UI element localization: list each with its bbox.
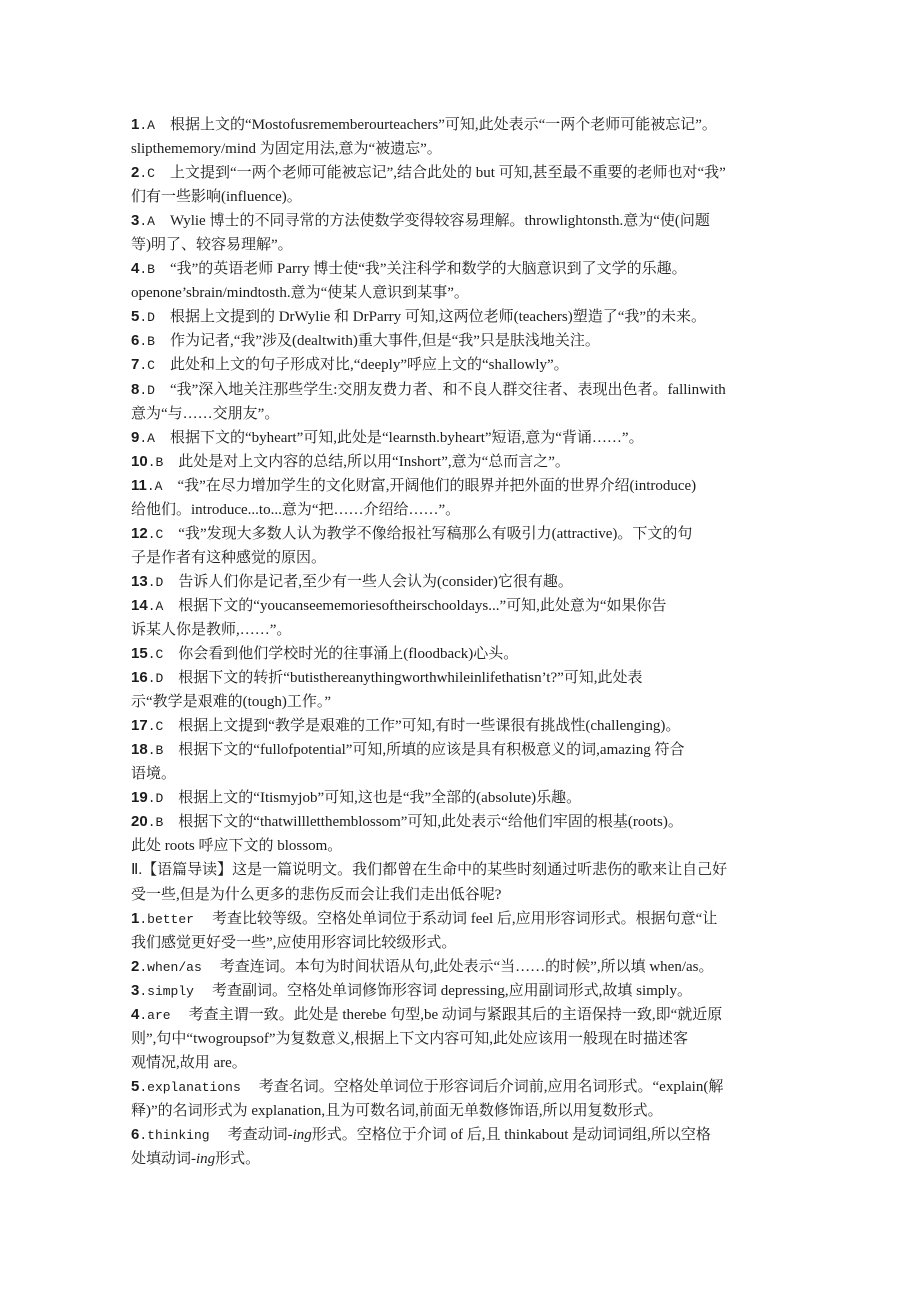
answer-item-14: 14.A根据下文的“youcanseememoriesoftheirschool…: [131, 594, 831, 642]
answer-item-8: 8.D“我”深入地关注那些学生:交朋友费力者、和不良人群交往者、表现出色者。fa…: [131, 378, 831, 426]
answer-item-18: 18.B根据下文的“fullofpotential”可知,所填的应该是具有积极意…: [131, 738, 831, 786]
item-explanation: 根据上文的“Itismyjob”可知,这也是“我”全部的(absolute)乐趣…: [178, 790, 581, 806]
item-first-line: 14.A根据下文的“youcanseememoriesoftheirschool…: [131, 594, 831, 618]
item-first-line: 12.C“我”发现大多数人认为教学不像给报社写稿那么有吸引力(attractiv…: [131, 522, 831, 546]
item-explanation-line: 示“教学是艰难的(tough)工作。”: [131, 690, 831, 714]
item-explanation-line: 子是作者有这种感觉的原因。: [131, 546, 831, 570]
item-explanation: 根据上文提到“教学是艰难的工作”可知,有时一些课很有挑战性(challengin…: [178, 718, 680, 734]
item-explanation: 考查主谓一致。此处是 therebe 句型,be 动词与紧跟其后的主语保持一致,…: [189, 1007, 723, 1023]
item-answer: .thinking: [139, 1128, 209, 1143]
text-segment: 考查动词-: [228, 1127, 293, 1143]
item-answer: .D: [139, 383, 155, 398]
answer-item-7: 7.C此处和上文的句子形成对比,“deeply”呼应上文的“shallowly”…: [131, 353, 831, 377]
item-number: 12: [131, 525, 148, 542]
item-answer: .C: [148, 719, 164, 734]
item-explanation-line: 我们感觉更好受一些”,应使用形容词比较级形式。: [131, 931, 831, 955]
answer-item-ii-5: 5.explanations考查名词。空格处单词位于形容词后介词前,应用名词形式…: [131, 1075, 831, 1123]
item-first-line: 15.C你会看到他们学校时光的往事涌上(floodback)心头。: [131, 642, 831, 666]
item-number: 15: [131, 645, 148, 662]
item-answer: .C: [148, 527, 164, 542]
item-explanation-line: openone’sbrain/mindtosth.意为“使某人意识到某事”。: [131, 281, 831, 305]
item-explanation-line: 处填动词-ing形式。: [131, 1147, 831, 1171]
item-explanation-line: 释)”的名词形式为 explanation,且为可数名词,前面无单数修饰语,所以…: [131, 1099, 831, 1123]
item-first-line: 20.B根据下文的“thatwillletthemblossom”可知,此处表示…: [131, 810, 831, 834]
item-answer: .simply: [139, 984, 194, 999]
intro-text: 这是一篇说明文。我们都曾在生命中的某些时刻通过听悲伤的歌来让自己好: [232, 862, 727, 878]
item-answer: .C: [139, 166, 155, 181]
item-explanation: 此处是对上文内容的总结,所以用“Inshort”,意为“总而言之”。: [178, 454, 570, 470]
answer-item-20: 20.B根据下文的“thatwillletthemblossom”可知,此处表示…: [131, 810, 831, 858]
item-first-line: 5.D根据上文提到的 DrWylie 和 DrParry 可知,这两位老师(te…: [131, 305, 831, 329]
item-first-line: 6.thinking考查动词-ing形式。空格位于介词 of 后,且 think…: [131, 1123, 831, 1147]
item-explanation-line: 们有一些影响(influence)。: [131, 185, 831, 209]
answer-item-ii-6: 6.thinking考查动词-ing形式。空格位于介词 of 后,且 think…: [131, 1123, 831, 1171]
item-first-line: 1.A根据上文的“Mostofusrememberourteachers”可知,…: [131, 113, 831, 137]
item-first-line: 4.B“我”的英语老师 Parry 博士使“我”关注科学和数学的大脑意识到了文学…: [131, 257, 831, 281]
item-answer: .D: [148, 671, 164, 686]
item-explanation-line: 给他们。introduce...to...意为“把……介绍给……”。: [131, 498, 831, 522]
item-answer: .are: [139, 1008, 170, 1023]
item-explanation: “我”深入地关注那些学生:交朋友费力者、和不良人群交往者、表现出色者。falli…: [170, 382, 726, 398]
item-first-line: 9.A根据下文的“byheart”可知,此处是“learnsth.byheart…: [131, 426, 831, 450]
item-explanation: “我”发现大多数人认为教学不像给报社写稿那么有吸引力(attractive)。下…: [178, 526, 692, 542]
text-segment: 形式。空格位于介词 of 后,且 thinkabout 是动词词组,所以空格: [312, 1127, 711, 1143]
item-explanation: 根据上文提到的 DrWylie 和 DrParry 可知,这两位老师(teach…: [170, 309, 706, 325]
item-answer: .B: [139, 262, 155, 277]
item-explanation-line: 诉某人你是教师,……”。: [131, 618, 831, 642]
answer-item-17: 17.C根据上文提到“教学是艰难的工作”可知,有时一些课很有挑战性(challe…: [131, 714, 831, 738]
item-explanation: 作为记者,“我”涉及(dealtwith)重大事件,但是“我”只是肤浅地关注。: [170, 333, 600, 349]
italic-suffix: ing: [196, 1151, 215, 1167]
intro-line: 受一些,但是为什么更多的悲伤反而会让我们走出低谷呢?: [131, 883, 831, 907]
item-first-line: 6.B作为记者,“我”涉及(dealtwith)重大事件,但是“我”只是肤浅地关…: [131, 329, 831, 353]
item-explanation: “我”在尽力增加学生的文化财富,开阔他们的眼界并把外面的世界介绍(introdu…: [177, 478, 696, 494]
answer-item-6: 6.B作为记者,“我”涉及(dealtwith)重大事件,但是“我”只是肤浅地关…: [131, 329, 831, 353]
item-explanation-line: 此处 roots 呼应下文的 blossom。: [131, 834, 831, 858]
item-first-line: 11.A“我”在尽力增加学生的文化财富,开阔他们的眼界并把外面的世界介绍(int…: [131, 474, 831, 498]
item-explanation: 考查名词。空格处单词位于形容词后介词前,应用名词形式。“explain(解: [259, 1079, 724, 1095]
item-number: 13: [131, 573, 148, 590]
item-explanation-line: slipthememory/mind 为固定用法,意为“被遗忘”。: [131, 137, 831, 161]
section-numeral: Ⅱ.: [131, 862, 142, 878]
item-explanation: 告诉人们你是记者,至少有一些人会认为(consider)它很有趣。: [178, 574, 573, 590]
section-1-answers: 1.A根据上文的“Mostofusrememberourteachers”可知,…: [131, 113, 831, 858]
item-answer: .A: [139, 214, 155, 229]
item-explanation: 根据下文的转折“butisthereanythingworthwhileinli…: [178, 670, 642, 686]
section-2: Ⅱ.【语篇导读】这是一篇说明文。我们都曾在生命中的某些时刻通过听悲伤的歌来让自己…: [131, 858, 831, 1171]
item-number: 17: [131, 717, 148, 734]
intro-first-line: Ⅱ.【语篇导读】这是一篇说明文。我们都曾在生命中的某些时刻通过听悲伤的歌来让自己…: [131, 858, 831, 882]
item-answer: .C: [139, 358, 155, 373]
answer-item-5: 5.D根据上文提到的 DrWylie 和 DrParry 可知,这两位老师(te…: [131, 305, 831, 329]
item-answer: .B: [148, 743, 164, 758]
text-segment: 处填动词-: [131, 1151, 196, 1167]
item-first-line: 1.better考查比较等级。空格处单词位于系动词 feel 后,应用形容词形式…: [131, 907, 831, 931]
answer-item-3: 3.AWylie 博士的不同寻常的方法使数学变得较容易理解。throwlight…: [131, 209, 831, 257]
passage-intro: Ⅱ.【语篇导读】这是一篇说明文。我们都曾在生命中的某些时刻通过听悲伤的歌来让自己…: [131, 858, 831, 906]
item-answer: .D: [139, 310, 155, 325]
item-explanation: 根据下文的“byheart”可知,此处是“learnsth.byheart”短语…: [170, 430, 644, 446]
item-answer: .A: [147, 479, 163, 494]
item-answer: .better: [139, 912, 194, 927]
item-explanation-line: 等)明了、较容易理解”。: [131, 233, 831, 257]
item-number: 20: [131, 813, 148, 830]
item-answer: .A: [139, 431, 155, 446]
item-first-line: 17.C根据上文提到“教学是艰难的工作”可知,有时一些课很有挑战性(challe…: [131, 714, 831, 738]
item-explanation: 上文提到“一两个老师可能被忘记”,结合此处的 but 可知,甚至最不重要的老师也…: [170, 165, 726, 181]
answer-item-2: 2.C上文提到“一两个老师可能被忘记”,结合此处的 but 可知,甚至最不重要的…: [131, 161, 831, 209]
item-first-line: 4.are考查主谓一致。此处是 therebe 句型,be 动词与紧跟其后的主语…: [131, 1003, 831, 1027]
answer-item-15: 15.C你会看到他们学校时光的往事涌上(floodback)心头。: [131, 642, 831, 666]
answer-item-ii-3: 3.simply考查副词。空格处单词修饰形容词 depressing,应用副词形…: [131, 979, 831, 1003]
item-explanation: 考查动词-ing形式。空格位于介词 of 后,且 thinkabout 是动词词…: [228, 1127, 711, 1143]
item-explanation-line: 观情况,故用 are。: [131, 1051, 831, 1075]
item-answer: .explanations: [139, 1080, 240, 1095]
item-answer: .B: [148, 815, 164, 830]
item-explanation: 根据下文的“youcanseememoriesoftheirschooldays…: [178, 598, 666, 614]
item-explanation-line: 则”,句中“twogroupsof”为复数意义,根据上下文内容可知,此处应该用一…: [131, 1027, 831, 1051]
item-explanation: Wylie 博士的不同寻常的方法使数学变得较容易理解。throwlightons…: [170, 213, 710, 229]
item-answer: .C: [148, 647, 164, 662]
answer-item-1: 1.A根据上文的“Mostofusrememberourteachers”可知,…: [131, 113, 831, 161]
item-explanation: 根据上文的“Mostofusrememberourteachers”可知,此处表…: [170, 117, 717, 133]
answer-item-ii-4: 4.are考查主谓一致。此处是 therebe 句型,be 动词与紧跟其后的主语…: [131, 1003, 831, 1075]
item-explanation: 此处和上文的句子形成对比,“deeply”呼应上文的“shallowly”。: [170, 357, 569, 373]
item-first-line: 2.C上文提到“一两个老师可能被忘记”,结合此处的 but 可知,甚至最不重要的…: [131, 161, 831, 185]
item-first-line: 8.D“我”深入地关注那些学生:交朋友费力者、和不良人群交往者、表现出色者。fa…: [131, 378, 831, 402]
item-number: 11: [131, 477, 147, 494]
item-number: 18: [131, 741, 148, 758]
answer-item-ii-1: 1.better考查比较等级。空格处单词位于系动词 feel 后,应用形容词形式…: [131, 907, 831, 955]
item-first-line: 19.D根据上文的“Itismyjob”可知,这也是“我”全部的(absolut…: [131, 786, 831, 810]
item-number: 10: [131, 453, 148, 470]
item-explanation: 考查连词。本句为时间状语从句,此处表示“当……的时候”,所以填 when/as。: [220, 959, 714, 975]
answer-item-12: 12.C“我”发现大多数人认为教学不像给报社写稿那么有吸引力(attractiv…: [131, 522, 831, 570]
answer-item-10: 10.B此处是对上文内容的总结,所以用“Inshort”,意为“总而言之”。: [131, 450, 831, 474]
item-first-line: 3.simply考查副词。空格处单词修饰形容词 depressing,应用副词形…: [131, 979, 831, 1003]
item-number: 16: [131, 669, 148, 686]
item-explanation: 考查副词。空格处单词修饰形容词 depressing,应用副词形式,故填 sim…: [212, 983, 692, 999]
item-answer: .D: [148, 575, 164, 590]
answer-item-4: 4.B“我”的英语老师 Parry 博士使“我”关注科学和数学的大脑意识到了文学…: [131, 257, 831, 305]
item-answer: .D: [148, 791, 164, 806]
answer-item-13: 13.D告诉人们你是记者,至少有一些人会认为(consider)它很有趣。: [131, 570, 831, 594]
item-explanation: 根据下文的“fullofpotential”可知,所填的应该是具有积极意义的词,…: [178, 742, 684, 758]
item-explanation: 你会看到他们学校时光的往事涌上(floodback)心头。: [178, 646, 518, 662]
italic-suffix: ing: [293, 1127, 312, 1143]
item-first-line: 13.D告诉人们你是记者,至少有一些人会认为(consider)它很有趣。: [131, 570, 831, 594]
answer-item-11: 11.A“我”在尽力增加学生的文化财富,开阔他们的眼界并把外面的世界介绍(int…: [131, 474, 831, 522]
item-answer: .B: [139, 334, 155, 349]
item-first-line: 16.D根据下文的转折“butisthereanythingworthwhile…: [131, 666, 831, 690]
item-answer: .A: [139, 118, 155, 133]
item-explanation-line: 语境。: [131, 762, 831, 786]
answer-key-document: 1.A根据上文的“Mostofusrememberourteachers”可知,…: [131, 113, 831, 1171]
item-explanation: 根据下文的“thatwillletthemblossom”可知,此处表示“给他们…: [178, 814, 683, 830]
item-first-line: 5.explanations考查名词。空格处单词位于形容词后介词前,应用名词形式…: [131, 1075, 831, 1099]
item-first-line: 10.B此处是对上文内容的总结,所以用“Inshort”,意为“总而言之”。: [131, 450, 831, 474]
section-tag: 【语篇导读】: [142, 862, 232, 878]
item-explanation-line: 意为“与……交朋友”。: [131, 402, 831, 426]
item-first-line: 2.when/as考查连词。本句为时间状语从句,此处表示“当……的时候”,所以填…: [131, 955, 831, 979]
item-explanation: 考查比较等级。空格处单词位于系动词 feel 后,应用形容词形式。根据句意“让: [212, 911, 717, 927]
item-first-line: 7.C此处和上文的句子形成对比,“deeply”呼应上文的“shallowly”…: [131, 353, 831, 377]
answer-item-9: 9.A根据下文的“byheart”可知,此处是“learnsth.byheart…: [131, 426, 831, 450]
text-segment: 形式。: [215, 1151, 260, 1167]
item-number: 19: [131, 789, 148, 806]
answer-item-ii-2: 2.when/as考查连词。本句为时间状语从句,此处表示“当……的时候”,所以填…: [131, 955, 831, 979]
item-answer: .when/as: [139, 960, 201, 975]
item-number: 14: [131, 597, 148, 614]
item-first-line: 18.B根据下文的“fullofpotential”可知,所填的应该是具有积极意…: [131, 738, 831, 762]
answer-item-19: 19.D根据上文的“Itismyjob”可知,这也是“我”全部的(absolut…: [131, 786, 831, 810]
answer-item-16: 16.D根据下文的转折“butisthereanythingworthwhile…: [131, 666, 831, 714]
item-explanation: “我”的英语老师 Parry 博士使“我”关注科学和数学的大脑意识到了文学的乐趣…: [170, 261, 687, 277]
item-first-line: 3.AWylie 博士的不同寻常的方法使数学变得较容易理解。throwlight…: [131, 209, 831, 233]
item-answer: .B: [148, 455, 164, 470]
item-answer: .A: [148, 599, 164, 614]
